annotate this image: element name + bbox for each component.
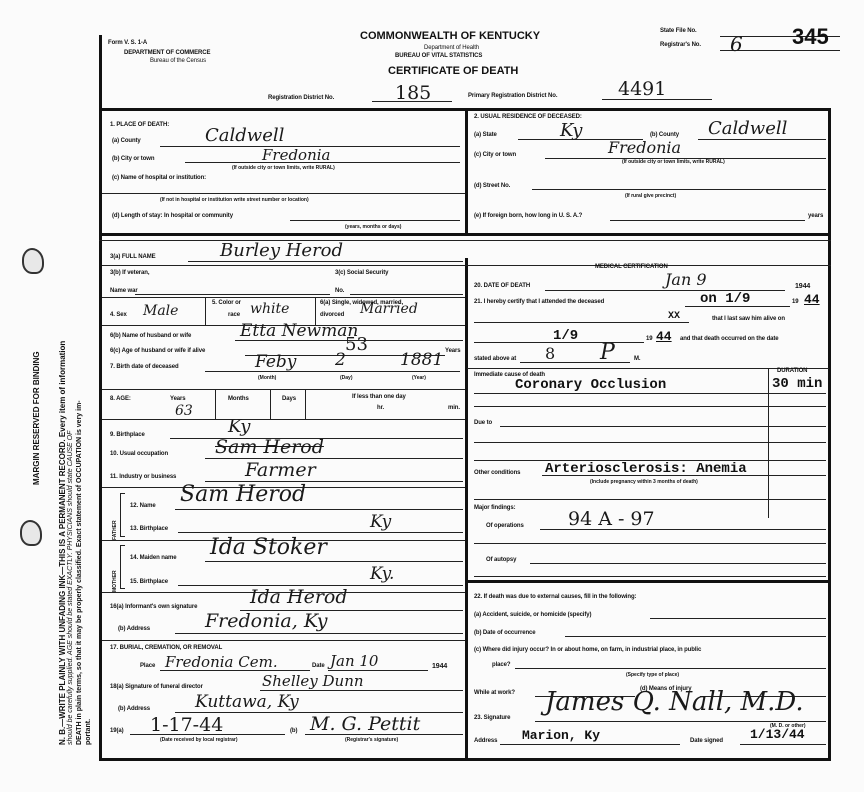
spouse-label: 6(b) Name of husband or wife xyxy=(110,333,191,339)
marital-value: Married xyxy=(360,301,418,317)
margin-instructions-4: portant. xyxy=(85,719,92,745)
dept-commerce: DEPARTMENT OF COMMERCE xyxy=(124,50,210,56)
father-name-label: 12. Name xyxy=(130,503,156,509)
father-bp-value: Ky xyxy=(370,512,391,532)
medical-title: MEDICAL CERTIFICATION xyxy=(595,264,668,270)
pod-city-value: Fredonia xyxy=(262,146,331,164)
cert-to: XX xyxy=(668,311,680,322)
burial-date-year: 1944 xyxy=(432,663,447,670)
margin-instructions-1: N. B.—WRITE PLAINLY WITH UNFADING INK—TH… xyxy=(58,341,67,745)
state-name: COMMONWEALTH OF KENTUCKY xyxy=(360,30,540,42)
informant-address-value: Fredonia, Ky xyxy=(205,610,328,632)
min-label: min. xyxy=(448,405,460,411)
marital-label-2: divorced xyxy=(320,312,344,318)
other-conditions-label: Other conditions xyxy=(474,470,520,476)
race-value: white xyxy=(250,301,289,317)
frame-bottom xyxy=(99,758,831,761)
war-label: Name war xyxy=(110,288,138,294)
age-less-label: If less than one day xyxy=(352,394,406,400)
autopsy-label: Of autopsy xyxy=(486,557,516,563)
pod-hospital-note: (If not in hospital or institution write… xyxy=(160,197,309,203)
primary-district-value: 4491 xyxy=(618,78,666,100)
burial-title: 17. BURIAL, CREMATION, OR REMOVAL xyxy=(110,645,222,651)
operations-label: Of operations xyxy=(486,523,524,529)
mother-name-value: Ida Stoker xyxy=(210,535,327,560)
dept-health: Department of Health xyxy=(424,45,479,51)
informant-label: 16(a) Informant's own signature xyxy=(110,604,197,610)
mother-bp-value: Ky. xyxy=(370,564,394,584)
age-label: 8. AGE: xyxy=(110,396,131,402)
duration-value: 30 min xyxy=(772,376,822,392)
res-foreign-label: (e) If foreign born, how long in U. S. A… xyxy=(474,213,582,219)
pod-hospital-label: (c) Name of hospital or institution: xyxy=(112,175,206,181)
birth-month: Feby xyxy=(255,352,296,372)
external-title: 22. If death was due to external causes,… xyxy=(474,594,636,600)
age-months-label: Months xyxy=(228,396,249,402)
full-name-label: 3(a) FULL NAME xyxy=(110,254,156,260)
margin-instructions-2: should be carefully supplied. AGE should… xyxy=(67,431,74,745)
registrar-value: 6 xyxy=(730,32,743,56)
last-saw-date: 1/9 xyxy=(553,328,578,344)
pod-city-label: (b) City or town xyxy=(112,156,154,162)
occupation-label: 10. Usual occupation xyxy=(110,451,168,457)
margin-instructions-3: DEATH in plain terms, so that it may be … xyxy=(76,400,83,745)
informant-address-label: (b) Address xyxy=(118,626,150,632)
burial-place-value: Fredonia Cem. xyxy=(165,653,278,671)
year-sublabel: (Year) xyxy=(412,375,426,381)
received-value: 1-17-44 xyxy=(150,714,223,736)
race-label-2: race xyxy=(228,312,240,318)
month-sublabel: (Month) xyxy=(258,375,276,381)
industry-value: Farmer xyxy=(245,459,316,481)
external-c2-label: place? xyxy=(492,662,510,668)
bureau-vital: BUREAU OF VITAL STATISTICS xyxy=(395,53,482,59)
res-street-label: (d) Street No. xyxy=(474,183,510,189)
pod-stay-note: (years, months or days) xyxy=(345,224,401,230)
spouse-age-label: 6(c) Age of husband or wife if alive xyxy=(110,348,205,354)
due-to-label: Due to xyxy=(474,420,492,426)
registrar-sig-label: (b) xyxy=(290,728,297,734)
birthplace-value: Ky xyxy=(228,416,250,437)
age-days-label: Days xyxy=(282,396,296,402)
father-name-value: Sam Herod xyxy=(180,482,306,507)
date-signed-label: Date signed xyxy=(690,738,723,744)
binding-hole-bottom xyxy=(20,520,42,546)
fd-address-value: Kuttawa, Ky xyxy=(195,692,299,712)
spouse-age-value: 53 xyxy=(345,334,368,355)
external-b-label: (b) Date of occurrence xyxy=(474,630,535,636)
occurred-text: and that death occurred on the date xyxy=(680,336,779,342)
frame-right xyxy=(828,110,831,760)
funeral-director-value: Shelley Dunn xyxy=(262,672,364,690)
certificate-title: CERTIFICATE OF DEATH xyxy=(388,65,518,77)
cert-year-prefix: 19 xyxy=(792,299,798,305)
res-county-value: Caldwell xyxy=(708,118,787,139)
pod-stay-label: (d) Length of stay: In hospital or commu… xyxy=(112,213,233,219)
birth-day: 2 xyxy=(335,350,346,370)
day-sublabel: (Day) xyxy=(340,375,353,381)
father-side-label: FATHER xyxy=(112,520,118,540)
birthplace-label: 9. Birthplace xyxy=(110,432,145,438)
dod-value: Jan 9 xyxy=(665,270,707,289)
last-saw-text: that I last saw him alive on xyxy=(712,316,785,322)
mother-bp-label: 15. Birthplace xyxy=(130,579,168,585)
funeral-director-label: 18(a) Signature of funeral director xyxy=(110,684,203,690)
birth-year: 1881 xyxy=(400,350,443,370)
age-years-label: Years xyxy=(170,396,186,402)
industry-label: 11. Industry or business xyxy=(110,474,176,480)
cert-text: 21. I hereby certify that I attended the… xyxy=(474,299,604,305)
sex-value: Male xyxy=(143,303,178,319)
received-label: 19(a) xyxy=(110,728,124,734)
duration-label: DURATION xyxy=(777,368,807,374)
reg-district-label: Registration District No. xyxy=(268,95,334,101)
burial-place-label: Place xyxy=(140,663,155,669)
address-label: Address xyxy=(474,738,497,744)
res-state-label: (a) State xyxy=(474,132,497,138)
res-city-note: (If outside city or town limits, write R… xyxy=(622,159,725,165)
burial-date-value: Jan 10 xyxy=(330,652,378,670)
primary-district-label: Primary Registration District No. xyxy=(468,93,557,99)
res-foreign-unit: years xyxy=(808,213,823,219)
binding-hole-top xyxy=(22,248,44,274)
res-city-label: (c) City or town xyxy=(474,152,516,158)
dod-year: 1944 xyxy=(795,283,810,290)
cert-year: 44 xyxy=(804,292,820,307)
mother-name-label: 14. Maiden name xyxy=(130,555,177,561)
state-file-label: State File No. xyxy=(660,28,697,34)
spouse-age-unit: Years xyxy=(445,348,461,354)
bureau-census: Bureau of the Census xyxy=(150,58,206,64)
pod-county-label: (a) County xyxy=(112,138,141,144)
reg-district-value: 185 xyxy=(395,82,431,104)
received-note: (Date received by local registrar) xyxy=(160,737,238,743)
res-state-value: Ky xyxy=(560,120,582,141)
state-file-value: 345 xyxy=(792,24,829,50)
informant-value: Ida Herod xyxy=(250,586,348,608)
margin-binding-note: MARGIN RESERVED FOR BINDING xyxy=(32,351,41,485)
external-a-label: (a) Accident, suicide, or homicide (spec… xyxy=(474,612,591,618)
immediate-value: Coronary Occlusion xyxy=(515,377,666,393)
ss-no-label: No. xyxy=(335,288,344,294)
ss-label: 3(c) Social Security xyxy=(335,270,388,276)
major-findings-label: Major findings: xyxy=(474,505,516,511)
ampm-value: P xyxy=(600,340,615,365)
address-value: Marion, Ky xyxy=(522,728,600,743)
operations-value: 94 A - 97 xyxy=(568,508,655,530)
last-year: 44 xyxy=(656,329,672,344)
date-signed-value: 1/13/44 xyxy=(750,727,805,742)
registrar-sig-note: (Registrar's signature) xyxy=(345,737,398,743)
race-label-1: 5. Color or xyxy=(212,300,241,306)
external-c-label: (c) Where did injury occur? In or about … xyxy=(474,647,701,653)
place-of-death-title: 1. PLACE OF DEATH: xyxy=(110,122,169,128)
birth-label: 7. Birth date of deceased xyxy=(110,364,179,370)
signature-label: 23. Signature xyxy=(474,715,510,721)
burial-date-label: Date xyxy=(312,663,325,669)
external-c-note: (Specify type of place) xyxy=(626,672,679,678)
sex-label: 4. Sex xyxy=(110,312,127,318)
mother-side-label: MOTHER xyxy=(112,570,118,592)
age-years-value: 63 xyxy=(175,403,193,419)
occupation-value: Sam Herod xyxy=(215,436,324,458)
cert-from: on 1/9 xyxy=(700,291,750,307)
other-conditions-note: (Include pregnancy within 3 months of de… xyxy=(590,479,698,485)
pod-city-note: (If outside city or town limits, write R… xyxy=(232,165,335,171)
father-bp-label: 13. Birthplace xyxy=(130,526,168,532)
veteran-label: 3(b) If veteran, xyxy=(110,270,149,276)
while-at-work-label: While at work? xyxy=(474,690,515,696)
time-value: 8 xyxy=(545,344,555,363)
res-city-value: Fredonia xyxy=(608,138,681,157)
hr-label: hr. xyxy=(377,405,384,411)
m-label: M. xyxy=(634,356,640,362)
physician-signature: James Q. Nall, M.D. xyxy=(545,687,804,717)
registrar-label: Registrar's No. xyxy=(660,42,701,48)
frame-left xyxy=(99,35,102,760)
pod-county-value: Caldwell xyxy=(205,125,284,146)
stated-label: stated above at xyxy=(474,356,516,362)
registrar-sig-value: M. G. Pettit xyxy=(310,713,420,735)
fd-address-label: (b) Address xyxy=(118,706,150,712)
spouse-value: Etta Newman xyxy=(240,321,358,341)
full-name-value: Burley Herod xyxy=(220,240,343,261)
last-year-prefix: 19 xyxy=(646,336,652,342)
dod-label: 20. DATE OF DEATH xyxy=(474,283,530,289)
form-number: Form V. S. 1-A xyxy=(108,40,147,46)
res-street-note: (If rural give precinct) xyxy=(625,193,676,199)
